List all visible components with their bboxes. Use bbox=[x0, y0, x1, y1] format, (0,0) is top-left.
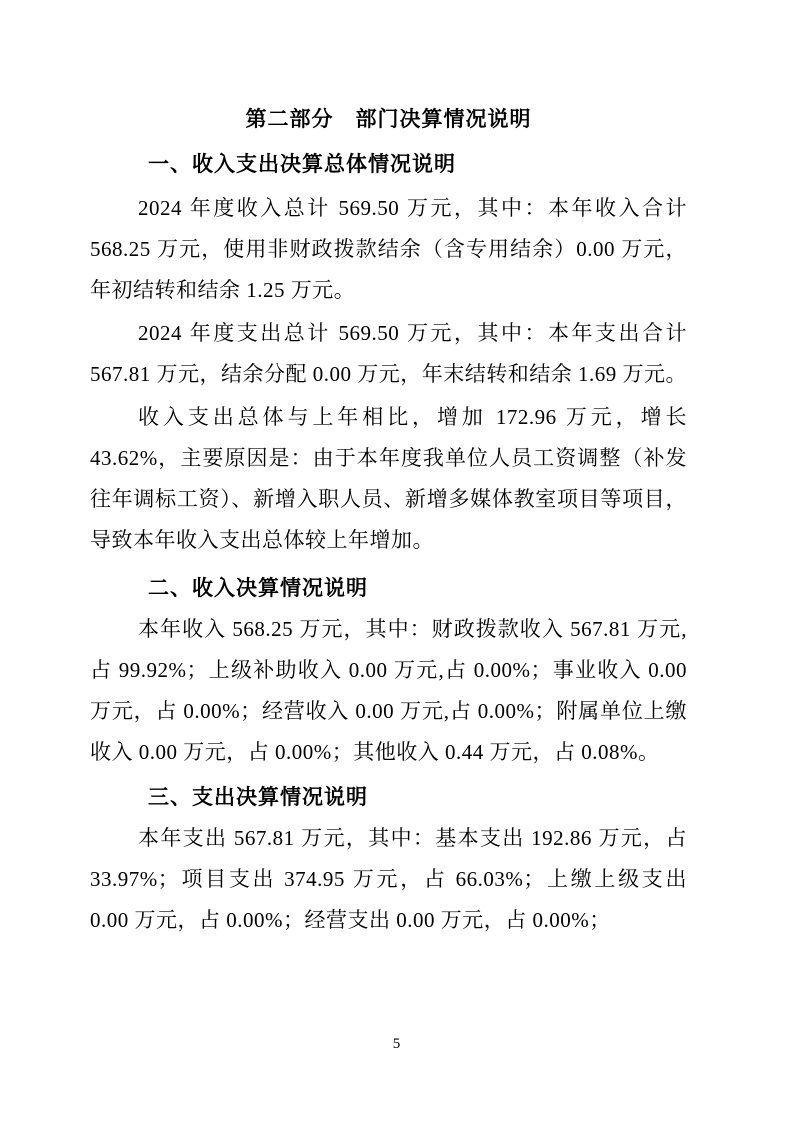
document-page: 第二部分 部门决算情况说明 一、收入支出决算总体情况说明 2024 年度收入总计… bbox=[0, 0, 793, 1122]
section-heading-income: 二、收入决算情况说明 bbox=[90, 568, 687, 609]
paragraph-expenditure-breakdown: 本年支出 567.81 万元，其中：基本支出 192.86 万元，占 33.97… bbox=[90, 818, 687, 941]
section-expenditure-budget: 三、支出决算情况说明 本年支出 567.81 万元，其中：基本支出 192.86… bbox=[90, 777, 687, 941]
section-overall-budget: 一、收入支出决算总体情况说明 2024 年度收入总计 569.50 万元，其中：… bbox=[90, 144, 687, 561]
section-heading-expenditure: 三、支出决算情况说明 bbox=[90, 777, 687, 818]
paragraph-yearly-comparison: 收入支出总体与上年相比，增加 172.96 万元，增长 43.62%，主要原因是… bbox=[90, 397, 687, 561]
document-title: 第二部分 部门决算情况说明 bbox=[90, 99, 687, 140]
page-number: 5 bbox=[0, 1034, 793, 1054]
paragraph-expenditure-total: 2024 年度支出总计 569.50 万元，其中：本年支出合计 567.81 万… bbox=[90, 313, 687, 395]
section-heading-overall: 一、收入支出决算总体情况说明 bbox=[90, 144, 687, 185]
section-income-budget: 二、收入决算情况说明 本年收入 568.25 万元，其中：财政拨款收入 567.… bbox=[90, 568, 687, 773]
paragraph-income-total: 2024 年度收入总计 569.50 万元，其中：本年收入合计 568.25 万… bbox=[90, 188, 687, 311]
paragraph-income-breakdown: 本年收入 568.25 万元，其中：财政拨款收入 567.81 万元,占 99.… bbox=[90, 609, 687, 773]
